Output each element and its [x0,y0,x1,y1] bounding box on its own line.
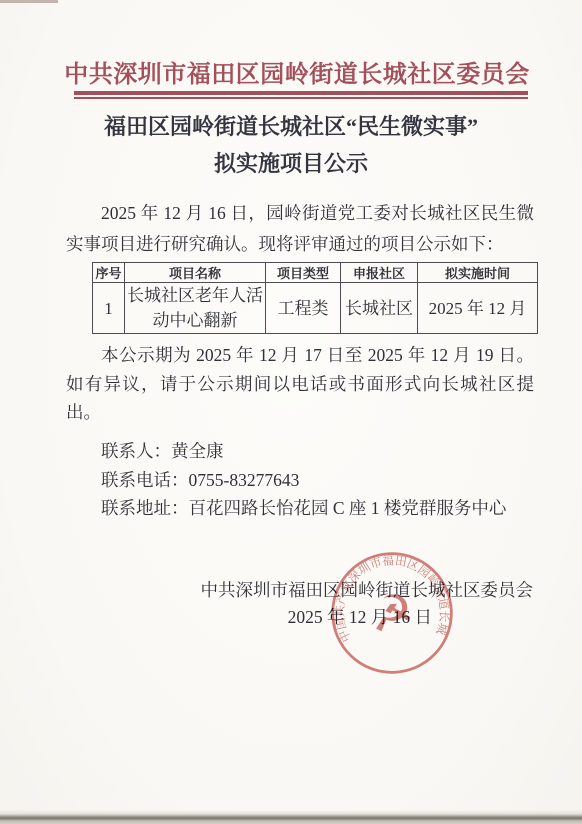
contact-block: 联系人：黄全康 联系电话：0755-83277643 联系地址：百花四路长怡花园… [101,437,506,523]
cell-implement-time: 2025 年 12 月 [418,283,538,334]
contact-address-line: 联系地址：百花四路长怡花园 C 座 1 楼党群服务中心 [101,494,506,523]
letterhead-divider [74,91,528,99]
letterhead-org-name: 中共深圳市福田区园岭街道长城社区委员会 [40,54,554,89]
divider-rule-thick [74,91,528,95]
header-cell-name: 项目名称 [125,263,266,283]
cell-seq: 1 [93,283,125,334]
document-title: 福田区园岭街道长城社区“民生微实事” 拟实施项目公示 [0,108,582,182]
table-row: 1 长城社区老年人活动中心翻新 工程类 长城社区 2025 年 12 月 [93,283,538,334]
signature-date: 2025 年 12 月 16 日 [288,605,432,630]
scan-artifact-line [0,0,58,3]
document-page: 中共深圳市福田区园岭街道长城社区委员会 福田区园岭街道长城社区“民生微实事” 拟… [0,0,582,824]
cell-community: 长城社区 [341,283,418,334]
projects-table: 序号 项目名称 项目类型 申报社区 拟实施时间 1 长城社区老年人活动中心翻新 … [92,262,538,334]
divider-rule-thin [74,97,528,99]
document-title-line1: 福田区园岭街道长城社区“民生微实事” [0,108,582,145]
header-cell-community: 申报社区 [341,263,418,283]
notice-period-paragraph: 本公示期为 2025 年 12 月 17 日至 2025 年 12 月 19 日… [66,341,534,427]
table-header-row: 序号 项目名称 项目类型 申报社区 拟实施时间 [93,263,538,283]
cell-project-type: 工程类 [266,283,341,334]
intro-paragraph: 2025 年 12 月 16 日，园岭街道党工委对长城社区民生微实事项目进行研究… [66,198,534,260]
contact-phone-line: 联系电话：0755-83277643 [101,466,506,495]
header-cell-seq: 序号 [93,263,125,283]
paper-bottom-edge [0,810,582,824]
document-title-line2: 拟实施项目公示 [0,145,582,182]
header-cell-time: 拟实施时间 [418,263,538,283]
signature-org-name: 中共深圳市福田区园岭街道长城社区委员会 [201,578,534,603]
header-cell-type: 项目类型 [266,263,341,283]
contact-person-line: 联系人：黄全康 [101,437,506,466]
cell-project-name: 长城社区老年人活动中心翻新 [125,283,266,334]
